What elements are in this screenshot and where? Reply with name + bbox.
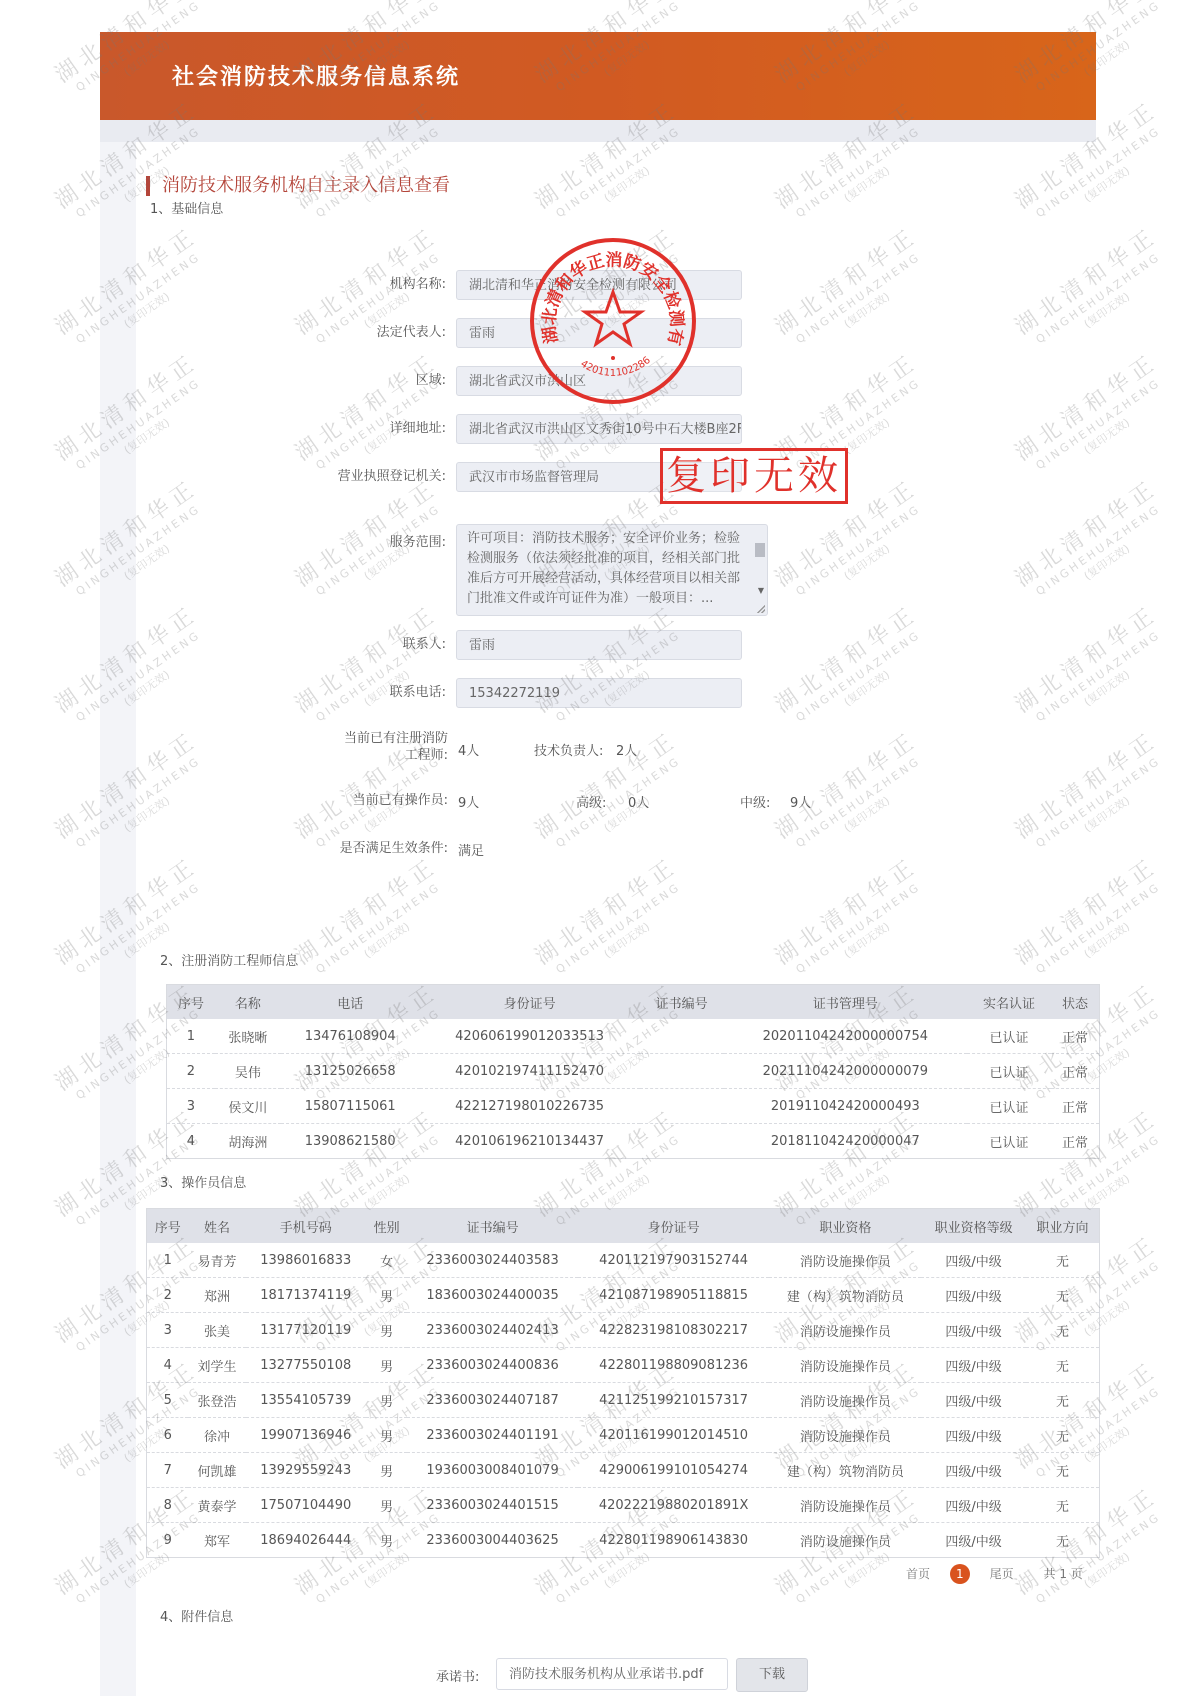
table-cell: 201811042420000047: [724, 1124, 967, 1159]
operator-row: 8黄泰学17507104490男233600302440151542022219…: [147, 1488, 1100, 1523]
table-cell: 429006199101054274: [578, 1453, 769, 1488]
operator-row: 4刘学生13277550108男233600302440083642280119…: [147, 1348, 1100, 1383]
table-cell: 张美: [188, 1313, 245, 1348]
table-cell: 420606199012033513: [420, 1019, 640, 1054]
pager-last[interactable]: 尾页: [990, 1567, 1014, 1581]
table-cell: 2336003024401515: [407, 1488, 578, 1523]
table-cell: 建（构）筑物消防员: [769, 1278, 921, 1313]
tech-lead-value: 2人: [616, 740, 637, 759]
engineers-table: 序号名称电话身份证号证书编号证书管理号实名认证状态 1张晓晰1347610890…: [166, 984, 1100, 1159]
table-cell: 17507104490: [246, 1488, 366, 1523]
org-name-label: 机构名称:: [236, 268, 446, 302]
table-cell: 吴伟: [215, 1054, 281, 1089]
table-cell: 刘学生: [188, 1348, 245, 1383]
region-field[interactable]: 湖北省武汉市洪山区: [456, 366, 742, 396]
operator-row: 2郑洲18171374119男1836003024400035421087198…: [147, 1278, 1100, 1313]
table-cell: 13908621580: [281, 1124, 420, 1159]
table-cell: 2336003024407187: [407, 1383, 578, 1418]
table-cell: 19907136946: [246, 1418, 366, 1453]
table-cell: 四级/中级: [921, 1523, 1026, 1558]
textarea-scrollbar-thumb[interactable]: [755, 543, 765, 557]
table-cell: 建（构）筑物消防员: [769, 1453, 921, 1488]
column-header: 证书编号: [407, 1209, 578, 1244]
table-cell: 2336003024403583: [407, 1243, 578, 1278]
table-cell: 男: [366, 1523, 407, 1558]
contact-field[interactable]: 雷雨: [456, 630, 742, 660]
table-cell: 正常: [1051, 1089, 1099, 1124]
intermediate-value: 9人: [790, 792, 811, 811]
table-cell: 7: [147, 1453, 189, 1488]
table-cell: 消防设施操作员: [769, 1488, 921, 1523]
header-banner: 社会消防技术服务信息系统: [100, 32, 1096, 120]
senior-label: 高级:: [576, 792, 606, 811]
table-cell: 四级/中级: [921, 1313, 1026, 1348]
row-org-name: 机构名称: 湖北清和华正消防安全检测有限公司: [136, 268, 1096, 302]
operator-row: 9郑军18694026444男2336003004403625422801198…: [147, 1523, 1100, 1558]
operators-table-header: 序号姓名手机号码性别证书编号身份证号职业资格职业资格等级职业方向: [147, 1209, 1100, 1244]
registry-field[interactable]: 武汉市市场监督管理局: [456, 462, 742, 492]
table-cell: 易青芳: [188, 1243, 245, 1278]
table-cell: 15807115061: [281, 1089, 420, 1124]
column-header: 姓名: [188, 1209, 245, 1244]
tech-lead-label: 技术负责人:: [534, 740, 603, 759]
scope-textarea[interactable]: 许可项目：消防技术服务；安全评价业务；检验检测服务（依法须经批准的项目，经相关部…: [456, 524, 768, 616]
table-cell: 13476108904: [281, 1019, 420, 1054]
table-cell: 13177120119: [246, 1313, 366, 1348]
table-cell: 2336003004403625: [407, 1523, 578, 1558]
table-cell: 20211104242000000079: [724, 1054, 967, 1089]
table-cell: 1: [167, 1019, 215, 1054]
pagination: 首页 1 尾页 共 1 页: [906, 1564, 1083, 1584]
legal-rep-label: 法定代表人:: [236, 316, 446, 350]
phone-field[interactable]: 15342272119: [456, 678, 742, 708]
table-cell: 420116199012014510: [578, 1418, 769, 1453]
address-label: 详细地址:: [236, 412, 446, 446]
table-cell: 正常: [1051, 1054, 1099, 1089]
table-cell: 420112197903152744: [578, 1243, 769, 1278]
table-cell: 消防设施操作员: [769, 1348, 921, 1383]
row-registry: 营业执照登记机关: 武汉市市场监督管理局: [136, 460, 1096, 494]
section-operators-title: 3、操作员信息: [160, 1172, 246, 1191]
engineer-row: 3侯文川158071150614221271980102267352019110…: [167, 1089, 1100, 1124]
row-phone: 联系电话: 15342272119: [136, 676, 1096, 710]
table-cell: 9: [147, 1523, 189, 1558]
table-cell: 2336003024401191: [407, 1418, 578, 1453]
row-contact: 联系人: 雷雨: [136, 628, 1096, 662]
column-header: 性别: [366, 1209, 407, 1244]
column-header: 名称: [215, 985, 281, 1020]
table-cell: 13554105739: [246, 1383, 366, 1418]
table-cell: 1836003024400035: [407, 1278, 578, 1313]
region-label: 区域:: [236, 364, 446, 398]
column-header: 电话: [281, 985, 420, 1020]
column-header: 身份证号: [578, 1209, 769, 1244]
row-legal-rep: 法定代表人: 雷雨: [136, 316, 1096, 350]
table-cell: 421125199210157317: [578, 1383, 769, 1418]
table-cell: 4: [167, 1124, 215, 1159]
table-cell: 2: [147, 1278, 189, 1313]
table-cell: [640, 1054, 724, 1089]
table-cell: [640, 1019, 724, 1054]
column-header: 证书管理号: [724, 985, 967, 1020]
table-cell: 3: [147, 1313, 189, 1348]
table-cell: 已认证: [967, 1019, 1051, 1054]
engineer-row: 2吴伟1312502665842010219741115247020211104…: [167, 1054, 1100, 1089]
org-name-field[interactable]: 湖北清和华正消防安全检测有限公司: [456, 270, 742, 300]
page-title: 消防技术服务机构自主录入信息查看: [146, 176, 450, 196]
table-cell: 422823198108302217: [578, 1313, 769, 1348]
table-cell: 四级/中级: [921, 1278, 1026, 1313]
table-cell: 18694026444: [246, 1523, 366, 1558]
table-cell: 13929559243: [246, 1453, 366, 1488]
engineer-row: 1张晓晰134761089044206061990120335132020110…: [167, 1019, 1100, 1054]
column-header: 手机号码: [246, 1209, 366, 1244]
table-cell: 四级/中级: [921, 1243, 1026, 1278]
commitment-label: 承诺书:: [436, 1666, 479, 1685]
column-header: 序号: [167, 985, 215, 1020]
table-cell: 无: [1026, 1488, 1100, 1523]
table-cell: 13277550108: [246, 1348, 366, 1383]
table-cell: 420102197411152470: [420, 1054, 640, 1089]
engineer-row: 4胡海洲139086215804201061962101344372018110…: [167, 1124, 1100, 1159]
operator-row: 3张美13177120119男2336003024402413422823198…: [147, 1313, 1100, 1348]
table-cell: 13986016833: [246, 1243, 366, 1278]
table-cell: 男: [366, 1313, 407, 1348]
registry-label: 营业执照登记机关:: [236, 460, 446, 494]
table-cell: 正常: [1051, 1124, 1099, 1159]
phone-label: 联系电话:: [236, 676, 446, 710]
table-cell: 201911042420000493: [724, 1089, 967, 1124]
table-cell: 18171374119: [246, 1278, 366, 1313]
system-title: 社会消防技术服务信息系统: [172, 60, 460, 91]
table-cell: 徐冲: [188, 1418, 245, 1453]
table-cell: 黄泰学: [188, 1488, 245, 1523]
table-cell: 郑军: [188, 1523, 245, 1558]
sidebar-strip: [100, 142, 136, 1696]
table-cell: 8: [147, 1488, 189, 1523]
table-cell: 消防设施操作员: [769, 1243, 921, 1278]
commitment-file-field[interactable]: 消防技术服务机构从业承诺书.pdf: [496, 1658, 728, 1690]
column-header: 职业资格等级: [921, 1209, 1026, 1244]
table-cell: 张晓晰: [215, 1019, 281, 1054]
table-cell: 侯文川: [215, 1089, 281, 1124]
table-cell: 无: [1026, 1453, 1100, 1488]
table-cell: 无: [1026, 1348, 1100, 1383]
table-cell: 男: [366, 1278, 407, 1313]
table-cell: 无: [1026, 1313, 1100, 1348]
operator-row: 7何凯雄13929559243男193600300840107942900619…: [147, 1453, 1100, 1488]
table-cell: 四级/中级: [921, 1348, 1026, 1383]
table-cell: 四级/中级: [921, 1383, 1026, 1418]
table-cell: 男: [366, 1488, 407, 1523]
address-field[interactable]: 湖北省武汉市洪山区文秀街10号中石大楼B座2F: [456, 414, 742, 444]
table-cell: 2: [167, 1054, 215, 1089]
operator-count-value: 9人: [458, 792, 479, 811]
column-header: 证书编号: [640, 985, 724, 1020]
section-basic-title: 1、基础信息: [150, 198, 223, 217]
table-cell: 男: [366, 1348, 407, 1383]
table-cell: 四级/中级: [921, 1453, 1026, 1488]
table-cell: 1: [147, 1243, 189, 1278]
table-cell: 郑洲: [188, 1278, 245, 1313]
table-cell: 420106196210134437: [420, 1124, 640, 1159]
resize-grip-icon[interactable]: [757, 605, 765, 613]
operator-count-label: 当前已有操作员:: [296, 792, 448, 809]
table-cell: 已认证: [967, 1124, 1051, 1159]
table-cell: 13125026658: [281, 1054, 420, 1089]
scroll-down-arrow-icon[interactable]: ▼: [758, 581, 764, 601]
column-header: 职业方向: [1026, 1209, 1100, 1244]
table-cell: 20201104242000000754: [724, 1019, 967, 1054]
table-cell: 消防设施操作员: [769, 1418, 921, 1453]
table-cell: 无: [1026, 1243, 1100, 1278]
column-header: 身份证号: [420, 985, 640, 1020]
table-cell: 女: [366, 1243, 407, 1278]
table-cell: 消防设施操作员: [769, 1383, 921, 1418]
pager-first[interactable]: 首页: [906, 1567, 930, 1581]
operator-row: 1易青芳13986016833女233600302440358342011219…: [147, 1243, 1100, 1278]
operator-row: 5张登浩13554105739男233600302440718742112519…: [147, 1383, 1100, 1418]
table-cell: 5: [147, 1383, 189, 1418]
table-cell: 42022219880201891X: [578, 1488, 769, 1523]
table-cell: 无: [1026, 1523, 1100, 1558]
legal-rep-field[interactable]: 雷雨: [456, 318, 742, 348]
table-cell: 6: [147, 1418, 189, 1453]
column-header: 实名认证: [967, 985, 1051, 1020]
engineers-table-header: 序号名称电话身份证号证书编号证书管理号实名认证状态: [167, 985, 1100, 1020]
table-cell: 4: [147, 1348, 189, 1383]
column-header: 序号: [147, 1209, 189, 1244]
contact-label: 联系人:: [236, 628, 446, 662]
table-cell: 3: [167, 1089, 215, 1124]
pager-total: 共 1 页: [1044, 1567, 1083, 1581]
table-cell: 无: [1026, 1418, 1100, 1453]
table-cell: 422127198010226735: [420, 1089, 640, 1124]
operators-table: 序号姓名手机号码性别证书编号身份证号职业资格职业资格等级职业方向 1易青芳139…: [146, 1208, 1100, 1558]
table-cell: 1936003008401079: [407, 1453, 578, 1488]
table-cell: [640, 1124, 724, 1159]
table-cell: 四级/中级: [921, 1418, 1026, 1453]
effective-value: 满足: [458, 840, 484, 859]
download-button[interactable]: 下载: [736, 1658, 808, 1692]
row-address: 详细地址: 湖北省武汉市洪山区文秀街10号中石大楼B座2F: [136, 412, 1096, 446]
table-cell: 已认证: [967, 1089, 1051, 1124]
table-cell: 四级/中级: [921, 1488, 1026, 1523]
table-cell: 张登浩: [188, 1383, 245, 1418]
table-cell: 消防设施操作员: [769, 1523, 921, 1558]
table-cell: 422801198809081236: [578, 1348, 769, 1383]
page: 社会消防技术服务信息系统 消防技术服务机构自主录入信息查看 1、基础信息 机构名…: [100, 32, 1096, 1696]
header-subbar: [100, 120, 1096, 142]
table-cell: 已认证: [967, 1054, 1051, 1089]
table-cell: 无: [1026, 1383, 1100, 1418]
intermediate-label: 中级:: [740, 792, 770, 811]
table-cell: 422801198906143830: [578, 1523, 769, 1558]
table-cell: 2336003024400836: [407, 1348, 578, 1383]
section-attachments-title: 4、附件信息: [160, 1606, 233, 1625]
table-cell: 无: [1026, 1278, 1100, 1313]
table-cell: 何凯雄: [188, 1453, 245, 1488]
row-scope-field: 许可项目：消防技术服务；安全评价业务；检验检测服务（依法须经批准的项目，经相关部…: [136, 524, 1096, 616]
pager-current-page[interactable]: 1: [950, 1564, 970, 1584]
table-cell: 421087198905118815: [578, 1278, 769, 1313]
engineer-count-value: 4人: [458, 740, 479, 759]
table-cell: 男: [366, 1383, 407, 1418]
table-cell: 2336003024402413: [407, 1313, 578, 1348]
table-cell: [640, 1089, 724, 1124]
table-cell: 男: [366, 1453, 407, 1488]
table-cell: 男: [366, 1418, 407, 1453]
table-cell: 正常: [1051, 1019, 1099, 1054]
senior-value: 0人: [628, 792, 649, 811]
effective-label: 是否满足生效条件:: [296, 840, 448, 857]
table-cell: 胡海洲: [215, 1124, 281, 1159]
engineer-count-label: 当前已有注册消防工程师:: [332, 730, 448, 764]
table-cell: 消防设施操作员: [769, 1313, 921, 1348]
operator-row: 6徐冲19907136946男2336003024401191420116199…: [147, 1418, 1100, 1453]
column-header: 状态: [1051, 985, 1099, 1020]
column-header: 职业资格: [769, 1209, 921, 1244]
section-engineers-title: 2、注册消防工程师信息: [160, 950, 298, 969]
row-region: 区域: 湖北省武汉市洪山区: [136, 364, 1096, 398]
scope-text: 许可项目：消防技术服务；安全评价业务；检验检测服务（依法须经批准的项目，经相关部…: [467, 531, 740, 606]
